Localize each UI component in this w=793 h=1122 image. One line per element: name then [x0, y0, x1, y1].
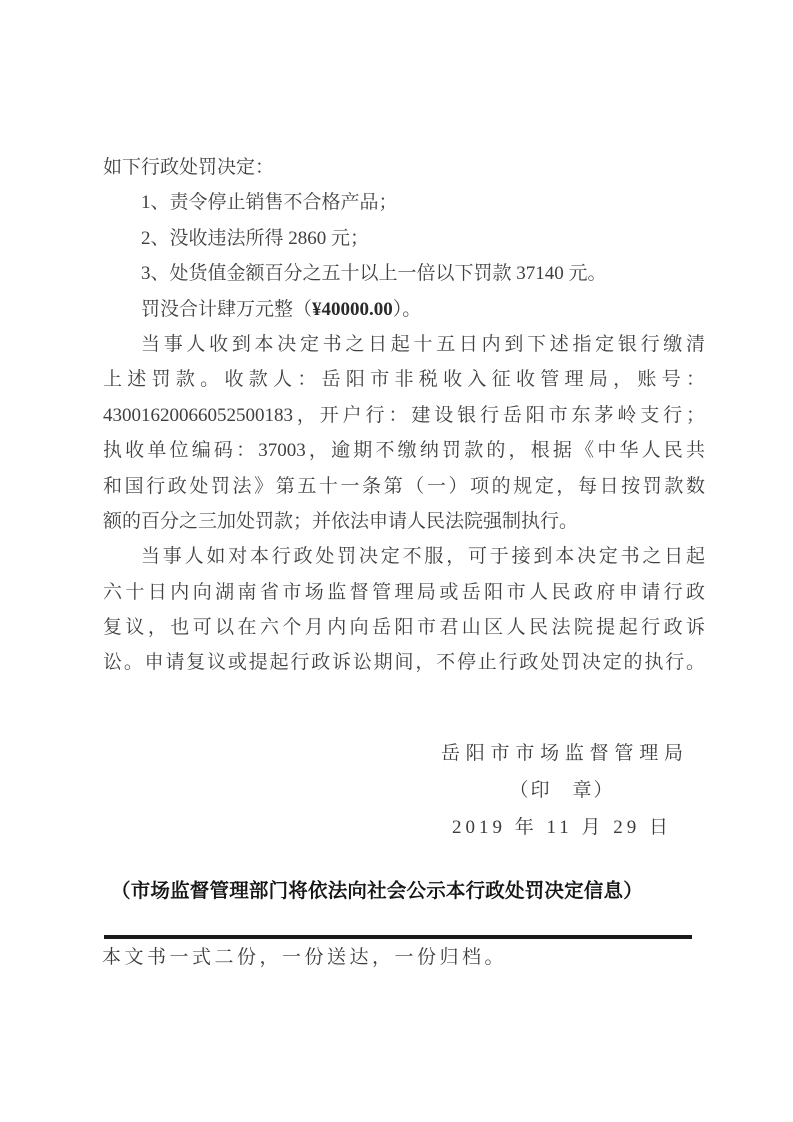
- body-line: 43001620066052500183，开户行：建设银行岳阳市东茅岭支行；: [103, 398, 705, 433]
- body-line: 如下行政处罚决定：: [103, 150, 705, 185]
- penalty-decision-page: 如下行政处罚决定：1、责令停止销售不合格产品；2、没收违法所得 2860 元；3…: [0, 0, 793, 1122]
- body-line: 当事人收到本决定书之日起十五日内到下述指定银行缴清: [103, 327, 705, 362]
- seal-placeholder: （印 章）: [441, 772, 683, 809]
- decision-date: 2019 年 11 月 29 日: [441, 809, 683, 846]
- document-body: 如下行政处罚决定：1、责令停止销售不合格产品；2、没收违法所得 2860 元；3…: [103, 150, 705, 681]
- body-line: 讼。申请复议或提起行政诉讼期间，不停止行政处罚决定的执行。: [103, 645, 705, 680]
- publicity-notice: （市场监督管理部门将依法向社会公示本行政处罚决定信息）: [111, 876, 643, 906]
- body-line: 2、没收违法所得 2860 元；: [103, 221, 705, 256]
- signature-block: 岳阳市市场监督管理局 （印 章） 2019 年 11 月 29 日: [441, 735, 683, 846]
- body-line: 六十日内向湖南省市场监督管理局或岳阳市人民政府申请行政: [103, 575, 705, 610]
- body-line: 罚没合计肆万元整（¥40000.00）。: [103, 292, 705, 327]
- issuing-authority: 岳阳市市场监督管理局: [441, 735, 683, 772]
- body-line: 执收单位编码：37003，逾期不缴纳罚款的，根据《中华人民共: [103, 433, 705, 468]
- body-line: 和国行政处罚法》第五十一条第（一）项的规定，每日按罚款数: [103, 469, 705, 504]
- body-line: 3、处货值金额百分之五十以上一倍以下罚款 37140 元。: [103, 256, 705, 291]
- body-line: 当事人如对本行政处罚决定不服，可于接到本决定书之日起: [103, 539, 705, 574]
- body-line: 上述罚款。收款人：岳阳市非税收入征收管理局，账号：: [103, 362, 705, 397]
- body-line: 复议，也可以在六个月内向岳阳市君山区人民法院提起行政诉: [103, 610, 705, 645]
- body-line: 额的百分之三加处罚款；并依法申请人民法院强制执行。: [103, 504, 705, 539]
- copies-footnote: 本文书一式二份，一份送达，一份归档。: [102, 942, 507, 974]
- body-line: 1、责令停止销售不合格产品；: [103, 185, 705, 220]
- divider-rule: [104, 935, 692, 939]
